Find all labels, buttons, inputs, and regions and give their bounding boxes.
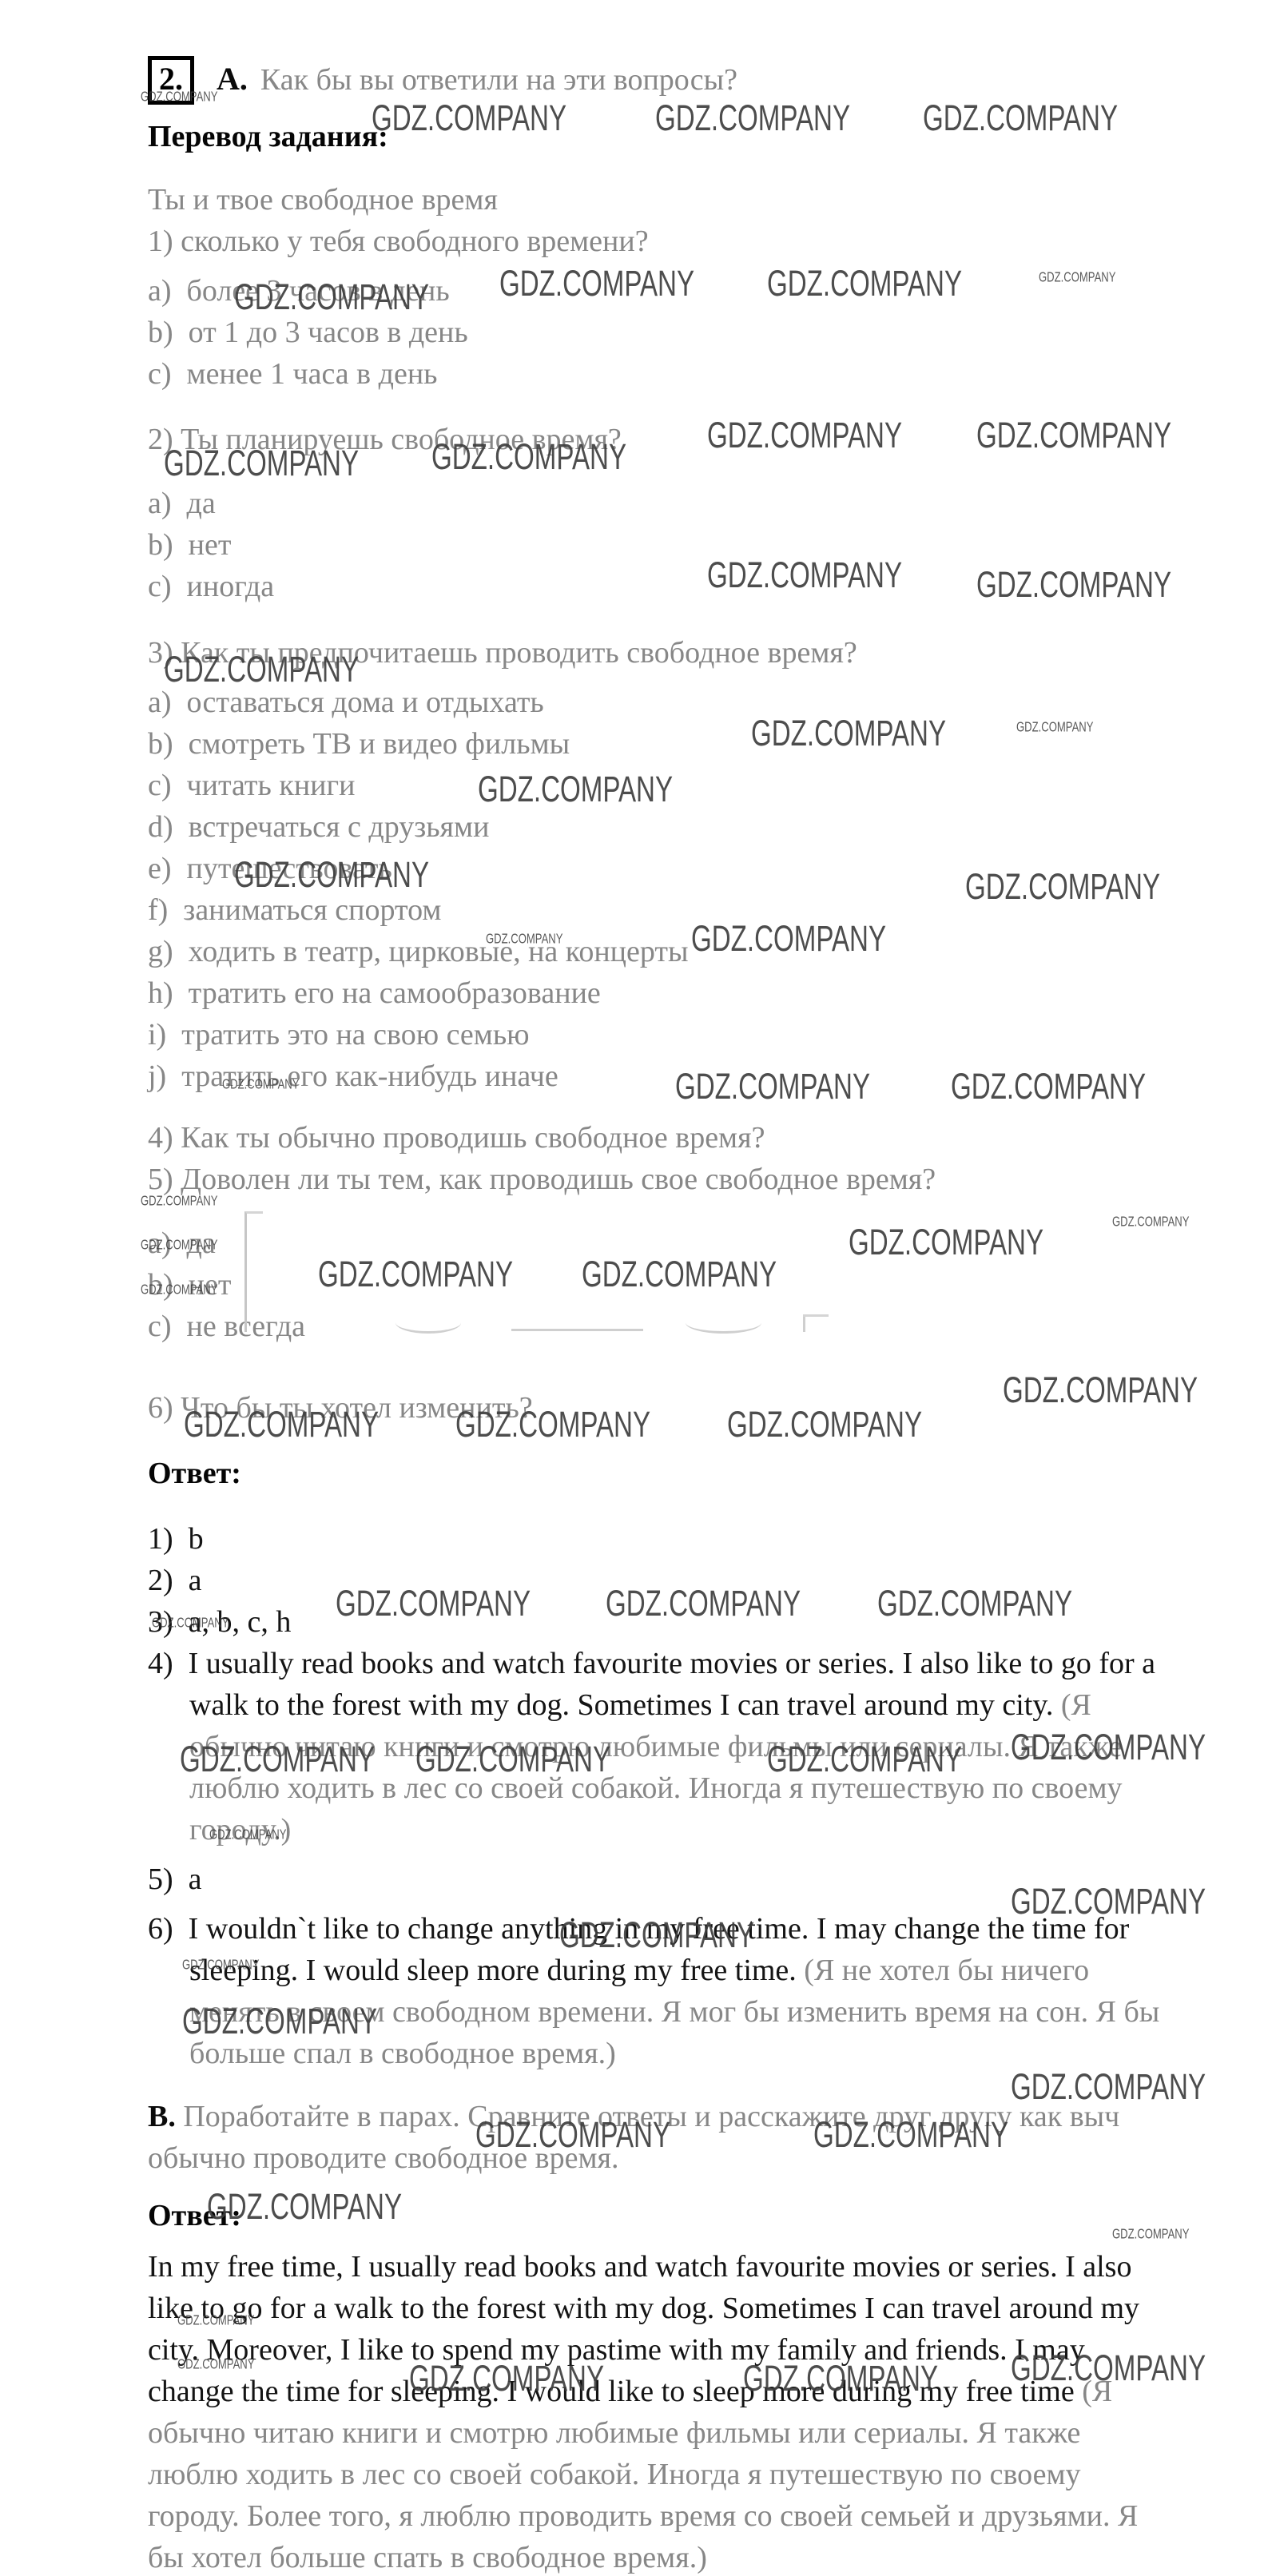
watermark: GDZ.COMPANY — [141, 89, 217, 104]
answer-b-line-segment: люблю ходить в лес со своей собакой. Ино… — [148, 2458, 1081, 2491]
answer-a-heading: Ответ: — [148, 1453, 1216, 1494]
translation-line: a) да — [148, 483, 1216, 524]
part-b-block: В. Поработайте в парах. Сравните ответы … — [148, 2096, 1216, 2179]
watermark: GDZ.COMPANY — [1011, 1730, 1206, 1766]
watermark: GDZ.COMPANY — [1039, 270, 1115, 284]
answer-line-segment: walk to the forest with my dog. Sometime… — [189, 1688, 1061, 1722]
translation-line: 4) Как ты обычно проводишь свободное вре… — [148, 1117, 1216, 1159]
answer-b-line-segment: бы хотел больше спать в свободное время.… — [148, 2541, 707, 2574]
ghost-fragment — [686, 1312, 761, 1334]
answer-b-line: обычно читаю книги и смотрю любимые филь… — [148, 2412, 1216, 2454]
translation-line: g) ходить в театр, цирковые, на концерты — [148, 931, 1216, 972]
answer-line: walk to the forest with my dog. Sometime… — [148, 1684, 1216, 1726]
answer-line-segment: 5) a — [148, 1862, 202, 1896]
translation-line-segment: d) встречаться с друзьями — [148, 810, 489, 844]
translation-line-segment: h) тратить его на самообразование — [148, 976, 601, 1010]
answer-b-line-segment: In my free time, I usually read books an… — [148, 2250, 1131, 2284]
answer-line: 4) I usually read books and watch favour… — [148, 1643, 1216, 1684]
watermark: GDZ.COMPANY — [207, 2189, 402, 2225]
watermark: GDZ.COMPANY — [141, 1194, 217, 1208]
answer-line: sleeping. I would sleep more during my f… — [148, 1950, 1216, 1991]
ghost-fragment — [803, 1314, 829, 1317]
watermark: GDZ.COMPANY — [164, 652, 359, 688]
translation-line: c) не всегда — [148, 1306, 1216, 1347]
watermark: GDZ.COMPANY — [1011, 2351, 1206, 2387]
answer-b-line-segment: like to go for a walk to the forest with… — [148, 2292, 1139, 2325]
translation-line-segment: b) от 1 до 3 часов в день — [148, 316, 468, 349]
translation-line: c) менее 1 часа в день — [148, 353, 1216, 395]
answer-line-segment: 2) a — [148, 1564, 202, 1597]
watermark: GDZ.COMPANY — [582, 1257, 777, 1293]
watermark: GDZ.COMPANY — [409, 2361, 604, 2397]
ghost-bracket-mark — [244, 1211, 263, 1332]
answer-line-segment: больше спал в свободное время.) — [189, 2037, 616, 2070]
watermark: GDZ.COMPANY — [486, 932, 562, 946]
document-page: 2. А. Как бы вы ответили на эти вопросы?… — [0, 0, 1264, 2576]
watermark: GDZ.COMPANY — [177, 2357, 254, 2371]
watermark: GDZ.COMPANY — [182, 1958, 259, 1972]
translation-line-segment: Ты и твое свободное время — [148, 183, 498, 217]
watermark: GDZ.COMPANY — [141, 1282, 217, 1297]
answer-line: 1) b — [148, 1518, 1216, 1560]
answer-b-line: городу. Более того, я люблю проводить вр… — [148, 2495, 1216, 2537]
answer-line-segment: (Я не хотел бы ничего — [804, 1954, 1089, 1987]
translation-line: 5) Доволен ли ты тем, как проводишь свое… — [148, 1159, 1216, 1200]
answer-b-line-segment: обычно читаю книги и смотрю любимые филь… — [148, 2416, 1080, 2450]
translation-line-segment: b) нет — [148, 528, 231, 562]
answer-b-block: In my free time, I usually read books an… — [148, 2246, 1216, 2576]
watermark: GDZ.COMPANY — [976, 418, 1171, 454]
ghost-fragment — [511, 1329, 643, 1331]
watermark: GDZ.COMPANY — [655, 101, 850, 137]
translation-line-segment: f) заниматься спортом — [148, 893, 441, 927]
watermark: GDZ.COMPANY — [751, 716, 946, 752]
watermark: GDZ.COMPANY — [707, 558, 902, 594]
answer-line: городу.) — [148, 1809, 1216, 1851]
translation-line-segment: 4) Как ты обычно проводишь свободное вре… — [148, 1121, 765, 1155]
part-a-question: Как бы вы ответили на эти вопросы? — [260, 59, 737, 101]
watermark: GDZ.COMPANY — [222, 1077, 299, 1091]
watermark: GDZ.COMPANY — [180, 1742, 375, 1778]
watermark: GDZ.COMPANY — [336, 1586, 531, 1622]
watermark: GDZ.COMPANY — [976, 567, 1171, 603]
watermark: GDZ.COMPANY — [478, 772, 673, 808]
watermark: GDZ.COMPANY — [691, 921, 886, 957]
watermark: GDZ.COMPANY — [877, 1586, 1072, 1622]
watermark: GDZ.COMPANY — [499, 266, 694, 302]
watermark: GDZ.COMPANY — [813, 2117, 1008, 2153]
translation-line-segment: a) да — [148, 487, 216, 520]
watermark: GDZ.COMPANY — [431, 439, 626, 475]
translation-block: Ты и твое свободное время1) сколько у те… — [148, 179, 1216, 1429]
watermark: GDZ.COMPANY — [455, 1407, 650, 1443]
translation-line-segment: c) не всегда — [148, 1310, 305, 1343]
translation-line: d) встречаться с друзьями — [148, 806, 1216, 848]
answer-b-line: In my free time, I usually read books an… — [148, 2246, 1216, 2288]
watermark: GDZ.COMPANY — [234, 857, 429, 893]
watermark: GDZ.COMPANY — [923, 101, 1118, 137]
translation-line: b) нет — [148, 524, 1216, 566]
translation-line-segment: c) менее 1 часа в день — [148, 357, 437, 391]
watermark: GDZ.COMPANY — [1011, 1884, 1206, 1920]
watermark: GDZ.COMPANY — [318, 1257, 513, 1293]
answer-line-segment: (Я — [1061, 1688, 1091, 1722]
watermark: GDZ.COMPANY — [209, 1827, 286, 1842]
watermark: GDZ.COMPANY — [849, 1225, 1043, 1261]
answer-line-segment: sleeping. I would sleep more during my f… — [189, 1954, 804, 1987]
watermark: GDZ.COMPANY — [184, 1407, 379, 1443]
watermark: GDZ.COMPANY — [767, 266, 962, 302]
watermark: GDZ.COMPANY — [415, 1742, 610, 1778]
part-a-label: А. — [217, 58, 248, 100]
answer-b-line: люблю ходить в лес со своей собакой. Ино… — [148, 2454, 1216, 2495]
watermark: GDZ.COMPANY — [141, 1238, 217, 1252]
answer-line-segment: 4) I usually read books and watch favour… — [148, 1647, 1155, 1680]
watermark: GDZ.COMPANY — [475, 2117, 670, 2153]
translation-line: Ты и твое свободное время — [148, 179, 1216, 221]
translation-line-segment: b) смотреть ТВ и видео фильмы — [148, 727, 570, 761]
watermark: GDZ.COMPANY — [951, 1069, 1146, 1105]
watermark: GDZ.COMPANY — [1016, 720, 1093, 734]
watermark: GDZ.COMPANY — [743, 2361, 938, 2397]
ghost-fragment — [803, 1314, 805, 1332]
watermark: GDZ.COMPANY — [234, 280, 429, 316]
translation-line-segment: c) читать книги — [148, 769, 355, 802]
answer-line-segment: 1) b — [148, 1522, 204, 1556]
watermark: GDZ.COMPANY — [1003, 1373, 1198, 1409]
translation-line: c) читать книги — [148, 765, 1216, 806]
watermark: GDZ.COMPANY — [1112, 1214, 1189, 1229]
watermark: GDZ.COMPANY — [727, 1407, 922, 1443]
translation-line-segment: i) тратить это на свою семью — [148, 1018, 530, 1051]
answer-b-line: like to go for a walk to the forest with… — [148, 2288, 1216, 2329]
translation-line-segment: j) тратить его как-нибудь иначе — [148, 1059, 558, 1093]
watermark: GDZ.COMPANY — [177, 2313, 254, 2328]
watermark: GDZ.COMPANY — [606, 1586, 801, 1622]
translation-line: b) от 1 до 3 часов в день — [148, 312, 1216, 353]
translation-line-segment: c) иногда — [148, 570, 274, 603]
part-b-line: обычно проводите свободное время. — [148, 2137, 1216, 2179]
watermark: GDZ.COMPANY — [1112, 2227, 1189, 2241]
part-b-line-segment: В. — [148, 2100, 183, 2133]
ghost-fragment — [395, 1312, 461, 1334]
task-header: 2. А. Как бы вы ответили на эти вопросы? — [148, 56, 1216, 105]
watermark: GDZ.COMPANY — [675, 1069, 870, 1105]
watermark: GDZ.COMPANY — [559, 1918, 754, 1954]
answer-b-line: бы хотел больше спать в свободное время.… — [148, 2537, 1216, 2576]
watermark: GDZ.COMPANY — [767, 1742, 962, 1778]
watermark: GDZ.COMPANY — [965, 869, 1160, 905]
watermark: GDZ.COMPANY — [707, 418, 902, 454]
translation-line: i) тратить это на свою семью — [148, 1014, 1216, 1055]
watermark: GDZ.COMPANY — [152, 1616, 229, 1630]
answer-b-line-segment: городу. Более того, я люблю проводить вр… — [148, 2499, 1138, 2533]
translation-line: 1) сколько у тебя свободного времени? — [148, 221, 1216, 262]
translation-line-segment: a) оставаться дома и отдыхать — [148, 686, 544, 719]
watermark: GDZ.COMPANY — [1011, 2069, 1206, 2105]
watermark: GDZ.COMPANY — [372, 101, 566, 137]
watermark: GDZ.COMPANY — [182, 2004, 377, 2040]
translation-line: h) тратить его на самообразование — [148, 972, 1216, 1014]
translation-line-segment: g) ходить в театр, цирковые, на концерты — [148, 935, 689, 968]
translation-line-segment: 5) Доволен ли ты тем, как проводишь свое… — [148, 1163, 936, 1196]
answer-b-line-segment: change the time for sleeping. I would li… — [148, 2375, 1082, 2408]
translation-line-segment: 1) сколько у тебя свободного времени? — [148, 225, 649, 258]
watermark: GDZ.COMPANY — [164, 446, 359, 482]
answer-b-line-segment: city. Moreover, I like to spend my pasti… — [148, 2333, 1085, 2367]
